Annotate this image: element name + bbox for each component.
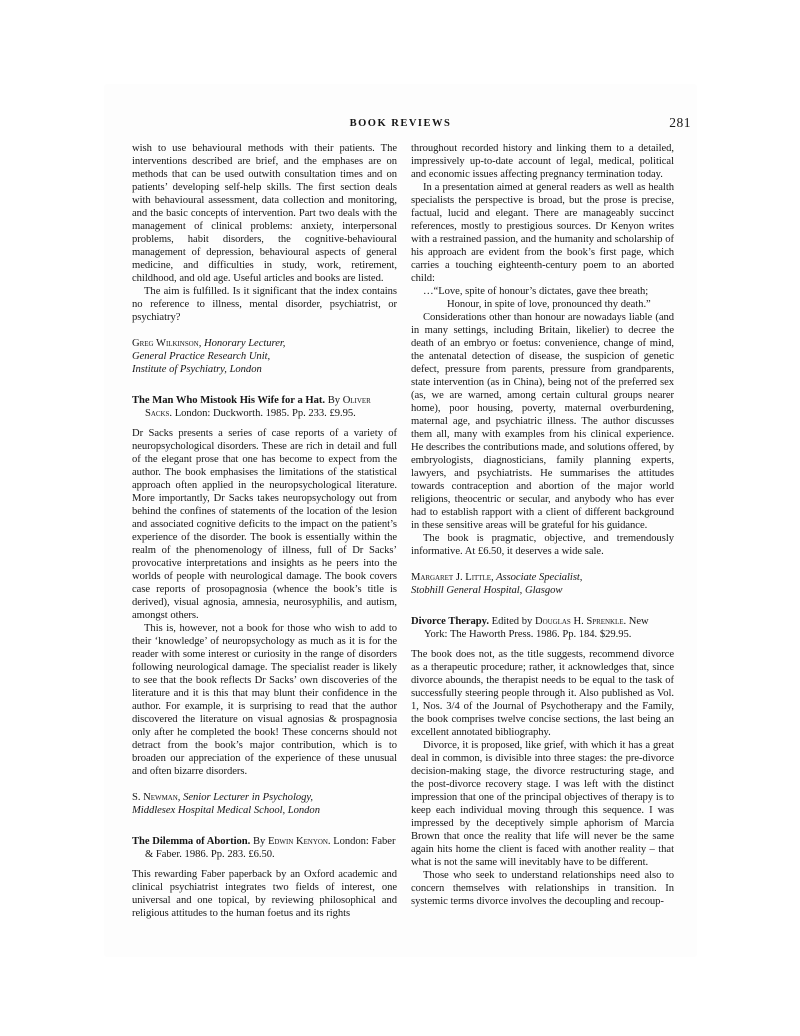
signature-line: S. Newman, Senior Lecturer in Psychology… — [132, 791, 397, 804]
book-review-heading: The Man Who Mistook His Wife for a Hat. … — [132, 394, 397, 420]
poem-line: …“Love, spite of honour’s dictates, gave… — [411, 285, 674, 298]
paragraph: Dr Sacks presents a series of case repor… — [132, 427, 397, 622]
paragraph: This rewarding Faber paperback by an Oxf… — [132, 868, 397, 920]
paragraph: This is, however, not a book for those w… — [132, 622, 397, 778]
page-number: 281 — [669, 115, 691, 131]
signature-line: General Practice Research Unit, — [132, 350, 397, 363]
reviewer-signature: Margaret J. Little, Associate Specialist… — [411, 571, 674, 597]
signature-line: Margaret J. Little, Associate Specialist… — [411, 571, 674, 584]
paragraph: Divorce, it is proposed, like grief, wit… — [411, 739, 674, 869]
paragraph: Considerations other than honour are now… — [411, 311, 674, 532]
paragraph: The book does not, as the title suggests… — [411, 648, 674, 739]
paragraph: Those who seek to understand relationshi… — [411, 869, 674, 908]
reviewer-signature: S. Newman, Senior Lecturer in Psychology… — [132, 791, 397, 817]
right-column: throughout recorded history and linking … — [411, 142, 674, 908]
paragraph: The book is pragmatic, objective, and tr… — [411, 532, 674, 558]
left-column: wish to use behavioural methods with the… — [132, 142, 397, 920]
poem-quote: …“Love, spite of honour’s dictates, gave… — [411, 285, 674, 311]
running-head: BOOK REVIEWS — [105, 118, 696, 129]
signature-line: Institute of Psychiatry, London — [132, 363, 397, 376]
reviewer-signature: Greg Wilkinson, Honorary Lecturer, Gener… — [132, 337, 397, 376]
signature-line: Middlesex Hospital Medical School, Londo… — [132, 804, 397, 817]
paragraph: In a presentation aimed at general reade… — [411, 181, 674, 285]
book-review-heading: Divorce Therapy. Edited by Douglas H. Sp… — [411, 615, 674, 641]
signature-line: Greg Wilkinson, Honorary Lecturer, — [132, 337, 397, 350]
book-review-heading: The Dilemma of Abortion. By Edwin Kenyon… — [132, 835, 397, 861]
poem-line: Honour, in spite of love, pronounced thy… — [411, 298, 674, 311]
signature-line: Stobhill General Hospital, Glasgow — [411, 584, 674, 597]
paragraph: wish to use behavioural methods with the… — [132, 142, 397, 285]
paragraph: The aim is fulfilled. Is it significant … — [132, 285, 397, 324]
journal-page: BOOK REVIEWS 281 wish to use behavioural… — [105, 85, 696, 956]
paragraph: throughout recorded history and linking … — [411, 142, 674, 181]
